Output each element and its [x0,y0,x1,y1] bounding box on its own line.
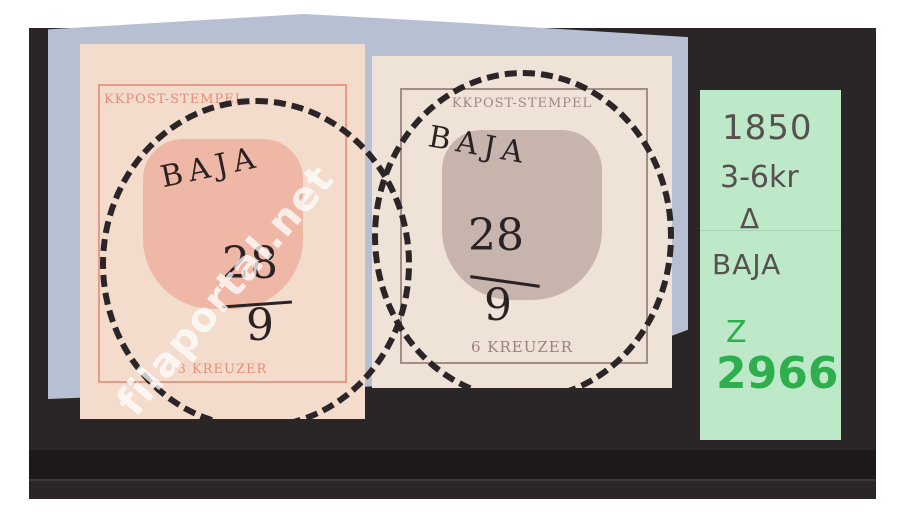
postmark-day: 28 [468,210,524,261]
label-letter: Z [726,315,747,350]
postmark-month: 9 [484,280,512,331]
handwritten-label: 1850 3-6kr Δ BAJA Z 2966 [700,90,841,440]
label-values: 3-6kr [720,160,799,195]
stock-card-edge [29,479,876,481]
label-triangle-icon: Δ [740,202,759,235]
label-number: 2966 [716,348,838,399]
stock-card-strip [29,450,876,479]
label-year: 1850 [722,108,813,148]
postmark-month: 9 [246,300,274,351]
label-crease [700,230,841,231]
label-town: BAJA [712,248,781,281]
